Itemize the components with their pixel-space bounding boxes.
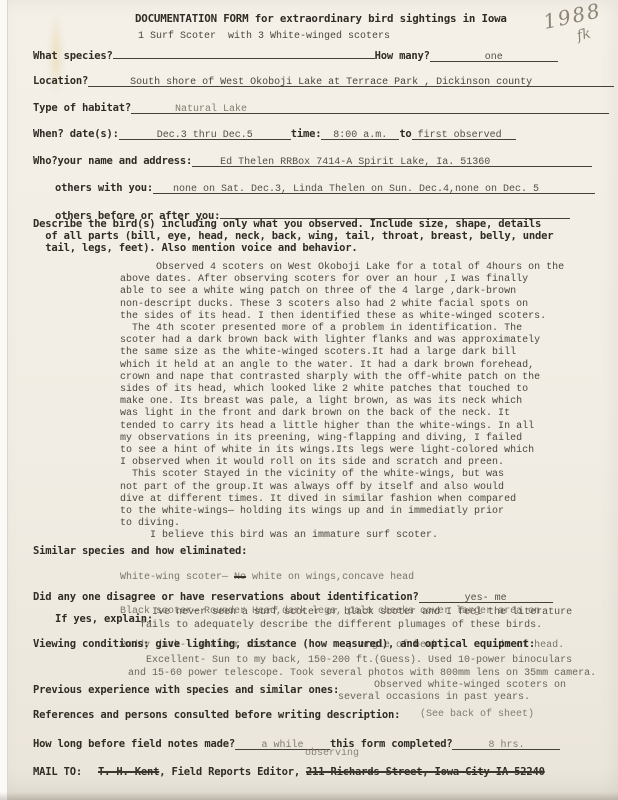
handwritten-year: 1988: [541, 0, 604, 34]
field-how-long: How long before field notes made?a while…: [33, 734, 560, 750]
viewing-conditions-label: Viewing conditions: give lighting, dista…: [33, 638, 535, 650]
mail-to-struck-name: T. H. Kent: [98, 766, 159, 778]
scan-edge: [0, 0, 8, 800]
scan-bottom-shadow: [0, 792, 618, 800]
disagree-label: Did any one disagree or have reservation…: [33, 591, 419, 603]
form-completed-value: 8 hrs.: [488, 740, 524, 751]
references-label: References and persons consulted before …: [33, 709, 400, 721]
field-location: Location?South shore of West Okoboji Lak…: [33, 71, 614, 87]
how-long-value: a while: [262, 740, 304, 751]
how-many-label: How many?: [375, 50, 430, 62]
if-yes-value: Ive never seen a surf scoter or black sc…: [140, 607, 572, 632]
disagree-blank: yes- me: [419, 588, 553, 603]
location-blank: South shore of West Okoboji Lake at Terr…: [88, 72, 614, 87]
to-blank: first observed: [412, 125, 516, 140]
others-with-blank: none on Sat. Dec.3, Linda Thelen on Sun.…: [153, 179, 595, 194]
field-others-with: others with you:none on Sat. Dec.3, Lind…: [55, 178, 595, 194]
field-what-species: What species?How many?one: [33, 44, 558, 60]
if-yes-label: If yes, explain:: [55, 613, 153, 625]
white-wing-post: white on wings,concave head: [246, 572, 414, 583]
mail-to-middle: , Field Reports Editor,: [159, 766, 300, 778]
mail-to-struck-address: 211 Richards Street, Iowa City IA 52240: [306, 766, 545, 778]
habitat-label: Type of habitat?: [33, 102, 131, 114]
form-title: DOCUMENTATION FORM for extraordinary bir…: [135, 12, 507, 25]
mail-to-label: MAIL TO:: [33, 766, 82, 778]
previous-experience-value: Observed white-winged scoters on several…: [338, 680, 566, 705]
field-who: Who?your name and address:Ed Thelen RRBo…: [33, 151, 592, 167]
species-typed-entry: 1 Surf Scoter with 3 White-winged scoter…: [138, 31, 390, 42]
disagree-value: yes- me: [465, 593, 507, 604]
scanned-form-page: DOCUMENTATION FORM for extraordinary bir…: [0, 0, 618, 800]
others-with-value: none on Sat. Dec.3, Linda Thelen on Sun.…: [173, 184, 539, 195]
location-value: South shore of West Okoboji Lake at Terr…: [130, 77, 532, 88]
others-with-label: others with you:: [55, 182, 153, 194]
how-many-blank: one: [430, 47, 558, 62]
handwritten-initials: fk: [575, 26, 592, 45]
who-label: Who?your name and address:: [33, 155, 192, 167]
viewing-conditions-value: Excellent- Sun to my back, 150-200 ft.(G…: [128, 655, 596, 680]
habitat-blank: Natural Lake: [131, 99, 609, 114]
mail-to-line: MAIL TO:T. H. Kent, Field Reports Editor…: [33, 762, 545, 778]
when-dates-value: Dec.3 thru Dec.5: [157, 130, 253, 141]
white-wing-line: White-wing scoter— No white on wings,con…: [120, 572, 564, 583]
description-body: Observed 4 scoters on West Okoboji Lake …: [120, 262, 564, 543]
to-value: first observed: [418, 130, 502, 141]
to-label: to: [399, 128, 411, 140]
previous-experience-label: Previous experience with species and sim…: [33, 684, 339, 696]
how-long-label: How long before field notes made?: [33, 738, 235, 750]
time-value: 8:00 a.m.: [333, 130, 387, 141]
field-habitat: Type of habitat?Natural Lake: [33, 98, 609, 114]
when-label: When? date(s):: [33, 128, 119, 140]
field-when: When? date(s):Dec.3 thru Dec.5time:8:00 …: [33, 124, 516, 140]
white-wing-pre: White-wing scoter—: [120, 572, 234, 583]
who-value: Ed Thelen RRBox 7414-A Spirit Lake, Ia. …: [220, 157, 490, 168]
form-completed-blank: 8 hrs.: [452, 735, 560, 750]
what-species-label: What species?: [33, 50, 113, 62]
others-before-blank: [220, 204, 570, 219]
how-long-subnote: observing: [305, 748, 359, 759]
how-many-value: one: [485, 52, 503, 63]
location-label: Location?: [33, 75, 88, 87]
when-dates-blank: Dec.3 thru Dec.5: [119, 125, 291, 140]
field-disagree: Did any one disagree or have reservation…: [33, 587, 553, 603]
describe-prompt: Describe the bird(s) including only what…: [33, 219, 553, 254]
white-wing-struck-word: No: [234, 572, 246, 583]
references-value: (See back of sheet): [420, 709, 534, 720]
time-blank: 8:00 a.m.: [321, 125, 399, 140]
who-blank: Ed Thelen RRBox 7414-A Spirit Lake, Ia. …: [192, 152, 592, 167]
habitat-value: Natural Lake: [175, 104, 247, 115]
time-label: time:: [291, 128, 322, 140]
what-species-blank: [113, 44, 375, 59]
